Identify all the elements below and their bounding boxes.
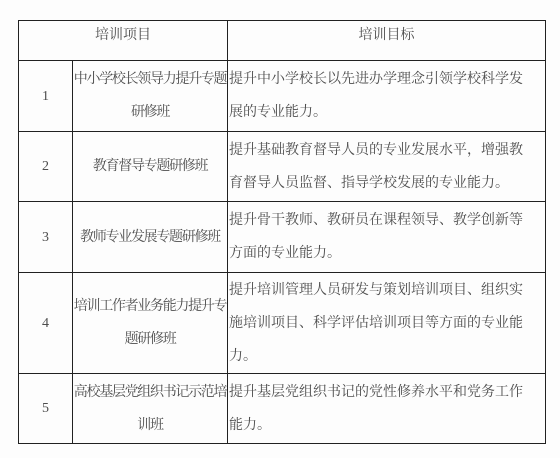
target-cell: 提升中小学校长以先进办学理念引领学校科学发展的专业能力。 — [228, 61, 546, 132]
header-project: 培训项目 — [19, 21, 228, 61]
project-cell: 培训工作者业务能力提升专题研修班 — [73, 273, 228, 374]
row-number: 3 — [19, 202, 73, 273]
header-row: 培训项目 培训目标 — [19, 21, 546, 61]
training-table: 培训项目 培训目标 1 中小学校长领导力提升专题研修班 提升中小学校长以先进办学… — [18, 20, 546, 444]
project-cell: 高校基层党组织书记示范培训班 — [73, 374, 228, 444]
table-row: 3 教师专业发展专题研修班 提升骨干教师、教研员在课程领导、教学创新等方面的专业… — [19, 202, 546, 273]
project-cell: 中小学校长领导力提升专题研修班 — [73, 61, 228, 132]
row-number: 5 — [19, 374, 73, 444]
target-cell: 提升基础教育督导人员的专业发展水平，增强教育督导人员监督、指导学校发展的专业能力… — [228, 132, 546, 202]
table-row: 2 教育督导专题研修班 提升基础教育督导人员的专业发展水平，增强教育督导人员监督… — [19, 132, 546, 202]
table-row: 4 培训工作者业务能力提升专题研修班 提升培训管理人员研发与策划培训项目、组织实… — [19, 273, 546, 374]
target-cell: 提升骨干教师、教研员在课程领导、教学创新等方面的专业能力。 — [228, 202, 546, 273]
row-number: 2 — [19, 132, 73, 202]
target-cell: 提升培训管理人员研发与策划培训项目、组织实施培训项目、科学评估培训项目等方面的专… — [228, 273, 546, 374]
table-row: 5 高校基层党组织书记示范培训班 提升基层党组织书记的党性修养水平和党务工作能力… — [19, 374, 546, 444]
row-number: 4 — [19, 273, 73, 374]
row-number: 1 — [19, 61, 73, 132]
project-cell: 教师专业发展专题研修班 — [73, 202, 228, 273]
target-cell: 提升基层党组织书记的党性修养水平和党务工作能力。 — [228, 374, 546, 444]
header-target: 培训目标 — [228, 21, 546, 61]
project-cell: 教育督导专题研修班 — [73, 132, 228, 202]
table-row: 1 中小学校长领导力提升专题研修班 提升中小学校长以先进办学理念引领学校科学发展… — [19, 61, 546, 132]
training-table-container: 培训项目 培训目标 1 中小学校长领导力提升专题研修班 提升中小学校长以先进办学… — [18, 20, 546, 444]
